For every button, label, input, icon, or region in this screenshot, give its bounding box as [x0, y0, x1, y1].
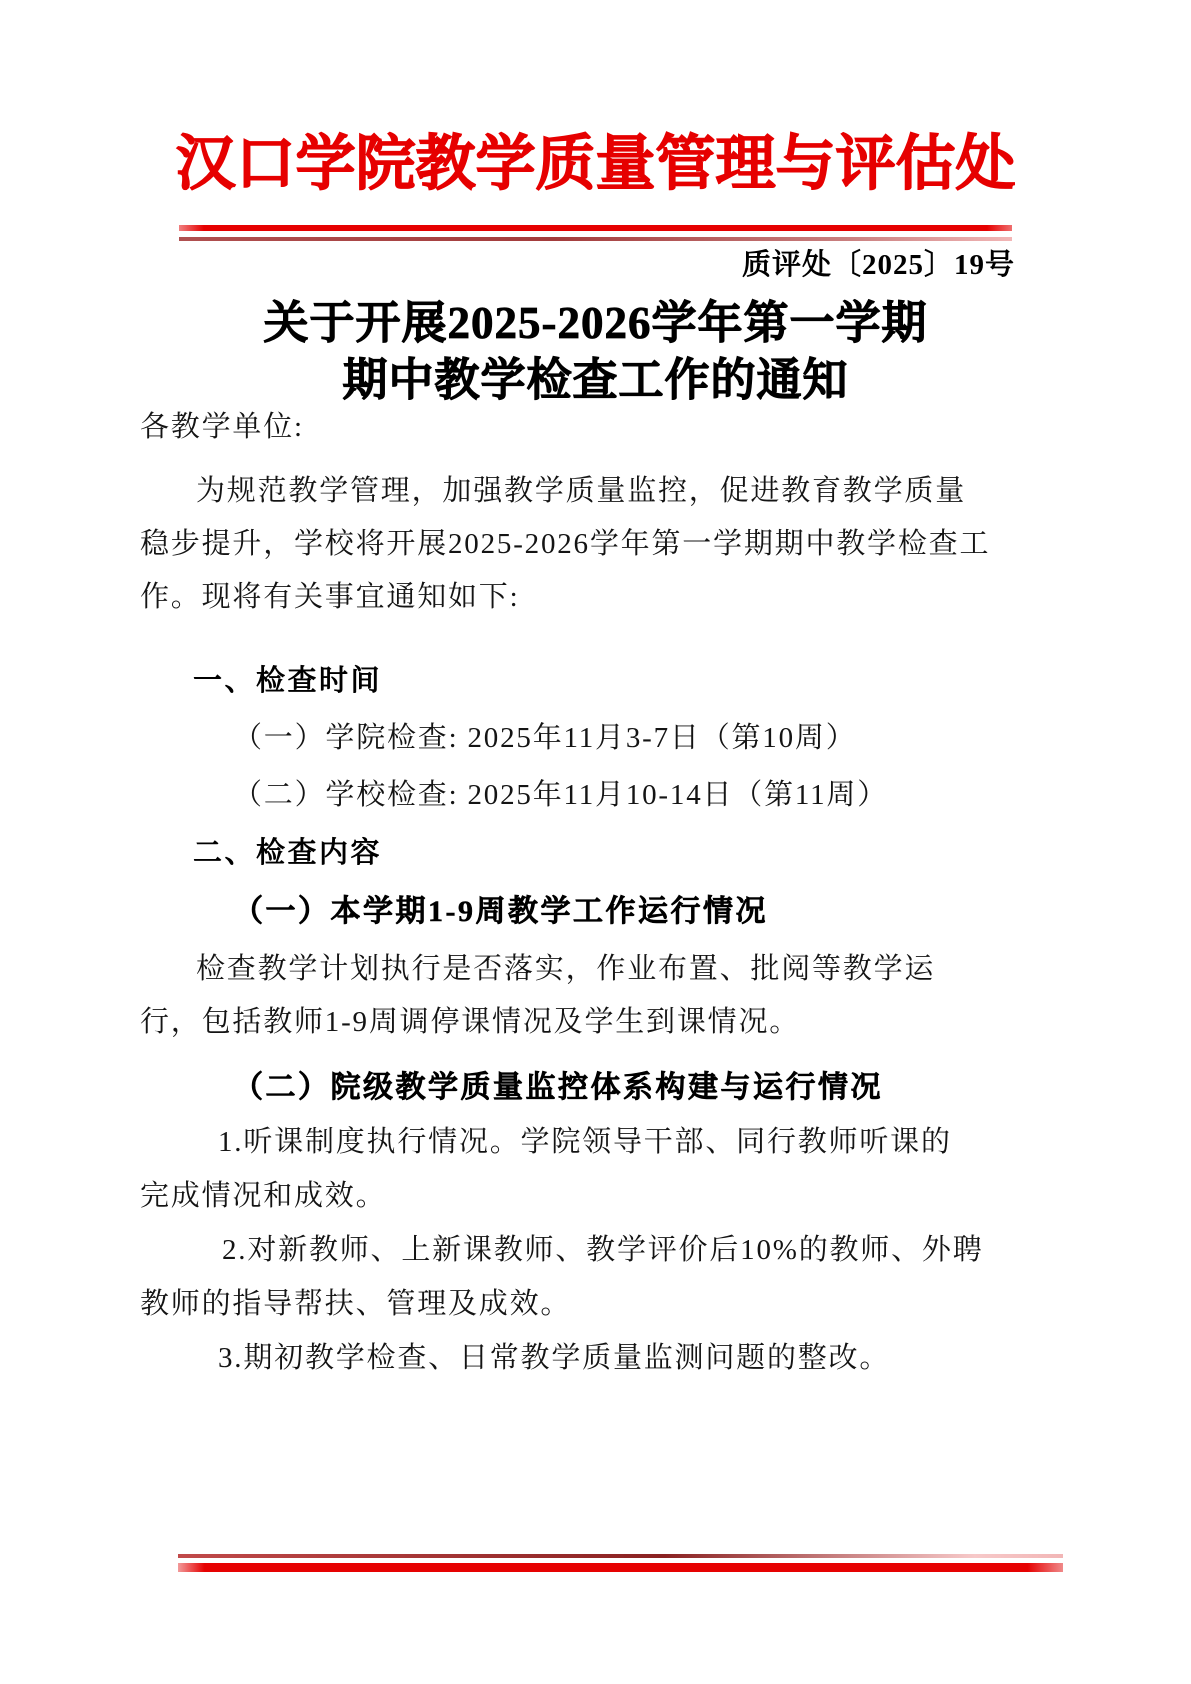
paragraph-intro-line3: 作。现将有关事宜通知如下:: [140, 574, 519, 615]
item-college-check: （一）学院检查: 2025年11月3-7日（第10周）: [233, 715, 857, 756]
paragraph-intro-line1: 为规范教学管理，加强教学质量监控，促进教育教学质量: [196, 468, 966, 509]
doc-title-line2: 期中教学检查工作的通知: [0, 343, 1191, 408]
paragraph-check-line2: 行，包括教师1-9周调停课情况及学生到课情况。: [140, 999, 800, 1040]
item-school-check: （二）学校检查: 2025年11月10-14日（第11周）: [233, 772, 888, 813]
numbered-item-1-line2: 完成情况和成效。: [140, 1173, 386, 1214]
section-heading-1: 一、检查时间: [193, 658, 382, 699]
paragraph-intro-line2: 稳步提升，学校将开展2025-2026学年第一学期期中教学检查工: [140, 521, 990, 562]
subsection-heading-1: （一）本学期1-9周教学工作运行情况: [233, 886, 768, 930]
masthead-title: 汉口学院教学质量管理与评估处: [0, 130, 1191, 199]
subsection-heading-2: （二）院级教学质量监控体系构建与运行情况: [233, 1062, 883, 1106]
paragraph-check-line1: 检查教学计划执行是否落实，作业布置、批阅等教学运: [196, 946, 935, 987]
numbered-item-3: 3.期初教学检查、日常教学质量监测问题的整改。: [218, 1335, 890, 1376]
doc-number: 质评处〔2025〕19号: [742, 242, 1015, 283]
numbered-item-1-line1: 1.听课制度执行情况。学院领导干部、同行教师听课的: [218, 1119, 952, 1160]
footer-rule-thin: [178, 1554, 1063, 1558]
numbered-item-2-line1: 2.对新教师、上新课教师、教学评价后10%的教师、外聘: [222, 1227, 984, 1268]
salutation: 各教学单位:: [140, 404, 304, 445]
footer-rule-thick: [178, 1563, 1063, 1572]
doc-title-line1: 关于开展2025-2026学年第一学期: [0, 286, 1191, 351]
section-heading-2: 二、检查内容: [193, 830, 382, 871]
document-page: 汉口学院教学质量管理与评估处 质评处〔2025〕19号 关于开展2025-202…: [0, 0, 1191, 1684]
header-rule-thick: [179, 225, 1012, 231]
numbered-item-2-line2: 教师的指导帮扶、管理及成效。: [140, 1281, 571, 1322]
header-rule-thin: [179, 237, 1012, 241]
